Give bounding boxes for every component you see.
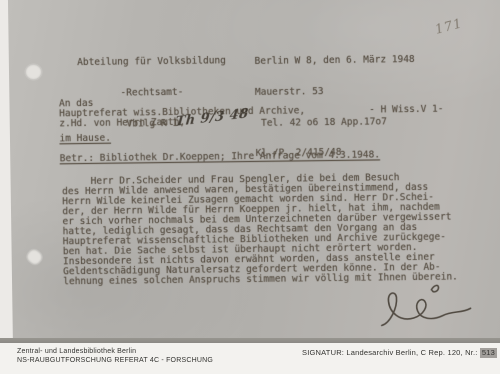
institution-department: NS-RAUBGUTFORSCHUNG REFERAT 4C - FORSCHU… — [17, 356, 213, 365]
phone-line: Tel. 42 o6 18 App.17o7 — [255, 117, 415, 129]
signatur-reference: SIGNATUR: Landesarchiv Berlin, C Rep. 12… — [302, 348, 497, 357]
sender-department: Abteilung für Volksbildung — [67, 57, 237, 69]
street-line: Mauerstr. 53 — [255, 86, 415, 98]
scanned-letter-page: 171 Abteilung für Volksbildung -Rechtsam… — [0, 0, 500, 374]
date-line: Berlin W 8, den 6. März 1948 — [255, 55, 415, 67]
recipient-attention: z.Hd. von Herrn Zauth, — [59, 118, 185, 130]
institution-block: Zentral- und Landesbibliothek Berlin NS-… — [17, 347, 213, 365]
typewritten-content: 171 Abteilung für Volksbildung -Rechtsam… — [0, 0, 500, 374]
page-number-annotation: 171 — [434, 19, 464, 36]
recipient-in-house: im Hause. — [59, 134, 111, 145]
institution-name: Zentral- und Landesbibliothek Berlin — [17, 347, 213, 356]
signatur-number: 513 — [480, 348, 497, 358]
signatur-label: SIGNATUR: Landesarchiv Berlin, C Rep. 12… — [302, 348, 480, 357]
handwritten-signature — [373, 281, 478, 332]
reference-code: - H Wiss.V 1- — [369, 105, 443, 116]
archive-footer-bar: Zentral- und Landesbibliothek Berlin NS-… — [0, 343, 500, 374]
